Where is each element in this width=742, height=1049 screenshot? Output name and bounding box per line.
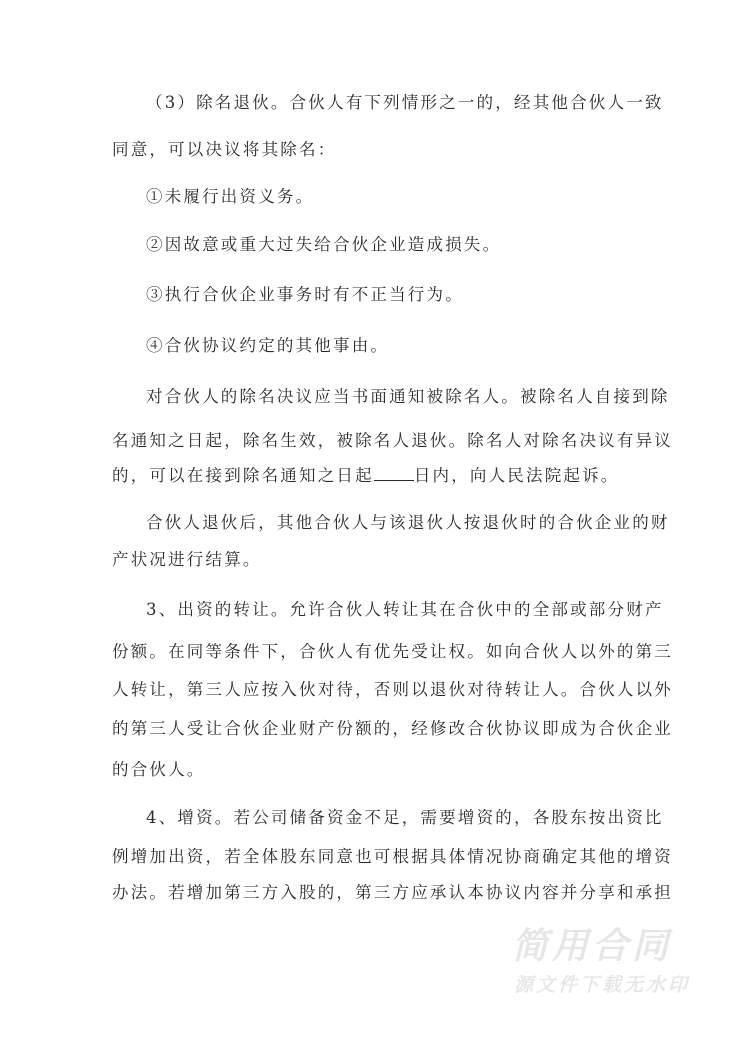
paragraph-line: 办法。若增加第三方入股的，第三方应承认本协议内容并分享和承担 bbox=[112, 882, 632, 904]
paragraph-line: 人转让，第三人应按入伙对待，否则以退伙对待转让人。合伙人以外 bbox=[112, 679, 632, 701]
paragraph-line: 产状况进行结算。 bbox=[112, 549, 632, 571]
paragraph-line: （3）除名退伙。合伙人有下列情形之一的，经其他合伙人一致 bbox=[146, 92, 666, 114]
watermark-subtitle: 源文件下载无水印 bbox=[514, 970, 690, 997]
paragraph-line: 例增加出资，若全体股东同意也可根据具体情况协商确定其他的增资 bbox=[112, 846, 632, 868]
list-item-4: ④合伙协议约定的其他事由。 bbox=[146, 335, 666, 357]
list-item-2: ②因故意或重大过失给合伙企业造成损失。 bbox=[146, 234, 666, 256]
paragraph-line: 份额。在同等条件下，合伙人有优先受让权。如向合伙人以外的第三 bbox=[112, 641, 632, 663]
line-text-before-blank: 的，可以在接到除名通知之日起 bbox=[112, 466, 374, 485]
paragraph-line: 的第三人受让合伙企业财产份额的，经修改合伙协议即成为合伙企业 bbox=[112, 718, 632, 740]
paragraph-line: 名通知之日起，除名生效，被除名人退伙。除名人对除名决议有异议 bbox=[112, 430, 632, 452]
fill-in-blank bbox=[374, 466, 414, 481]
paragraph-line: 同意，可以决议将其除名： bbox=[112, 139, 632, 161]
paragraph-line: 的合伙人。 bbox=[112, 759, 632, 781]
section-heading-line: 3、出资的转让。允许合伙人转让其在合伙中的全部或部分财产 bbox=[146, 599, 666, 621]
document-page: （3）除名退伙。合伙人有下列情形之一的，经其他合伙人一致 同意，可以决议将其除名… bbox=[0, 0, 742, 1049]
paragraph-line: 的，可以在接到除名通知之日起日内，向人民法院起诉。 bbox=[112, 465, 632, 487]
line-text-after-blank: 日内，向人民法院起诉。 bbox=[414, 466, 620, 485]
section-heading-line: 4、增资。若公司储备资金不足，需要增资的，各股东按出资比 bbox=[146, 807, 666, 829]
list-item-1: ①未履行出资义务。 bbox=[146, 186, 666, 208]
paragraph-line: 合伙人退伙后，其他合伙人与该退伙人按退伙时的合伙企业的财 bbox=[146, 512, 666, 534]
paragraph-line: 对合伙人的除名决议应当书面通知被除名人。被除名人自接到除 bbox=[146, 386, 666, 408]
list-item-3: ③执行合伙企业事务时有不正当行为。 bbox=[146, 284, 666, 306]
watermark-logo-text: 简用合同 bbox=[512, 918, 672, 969]
